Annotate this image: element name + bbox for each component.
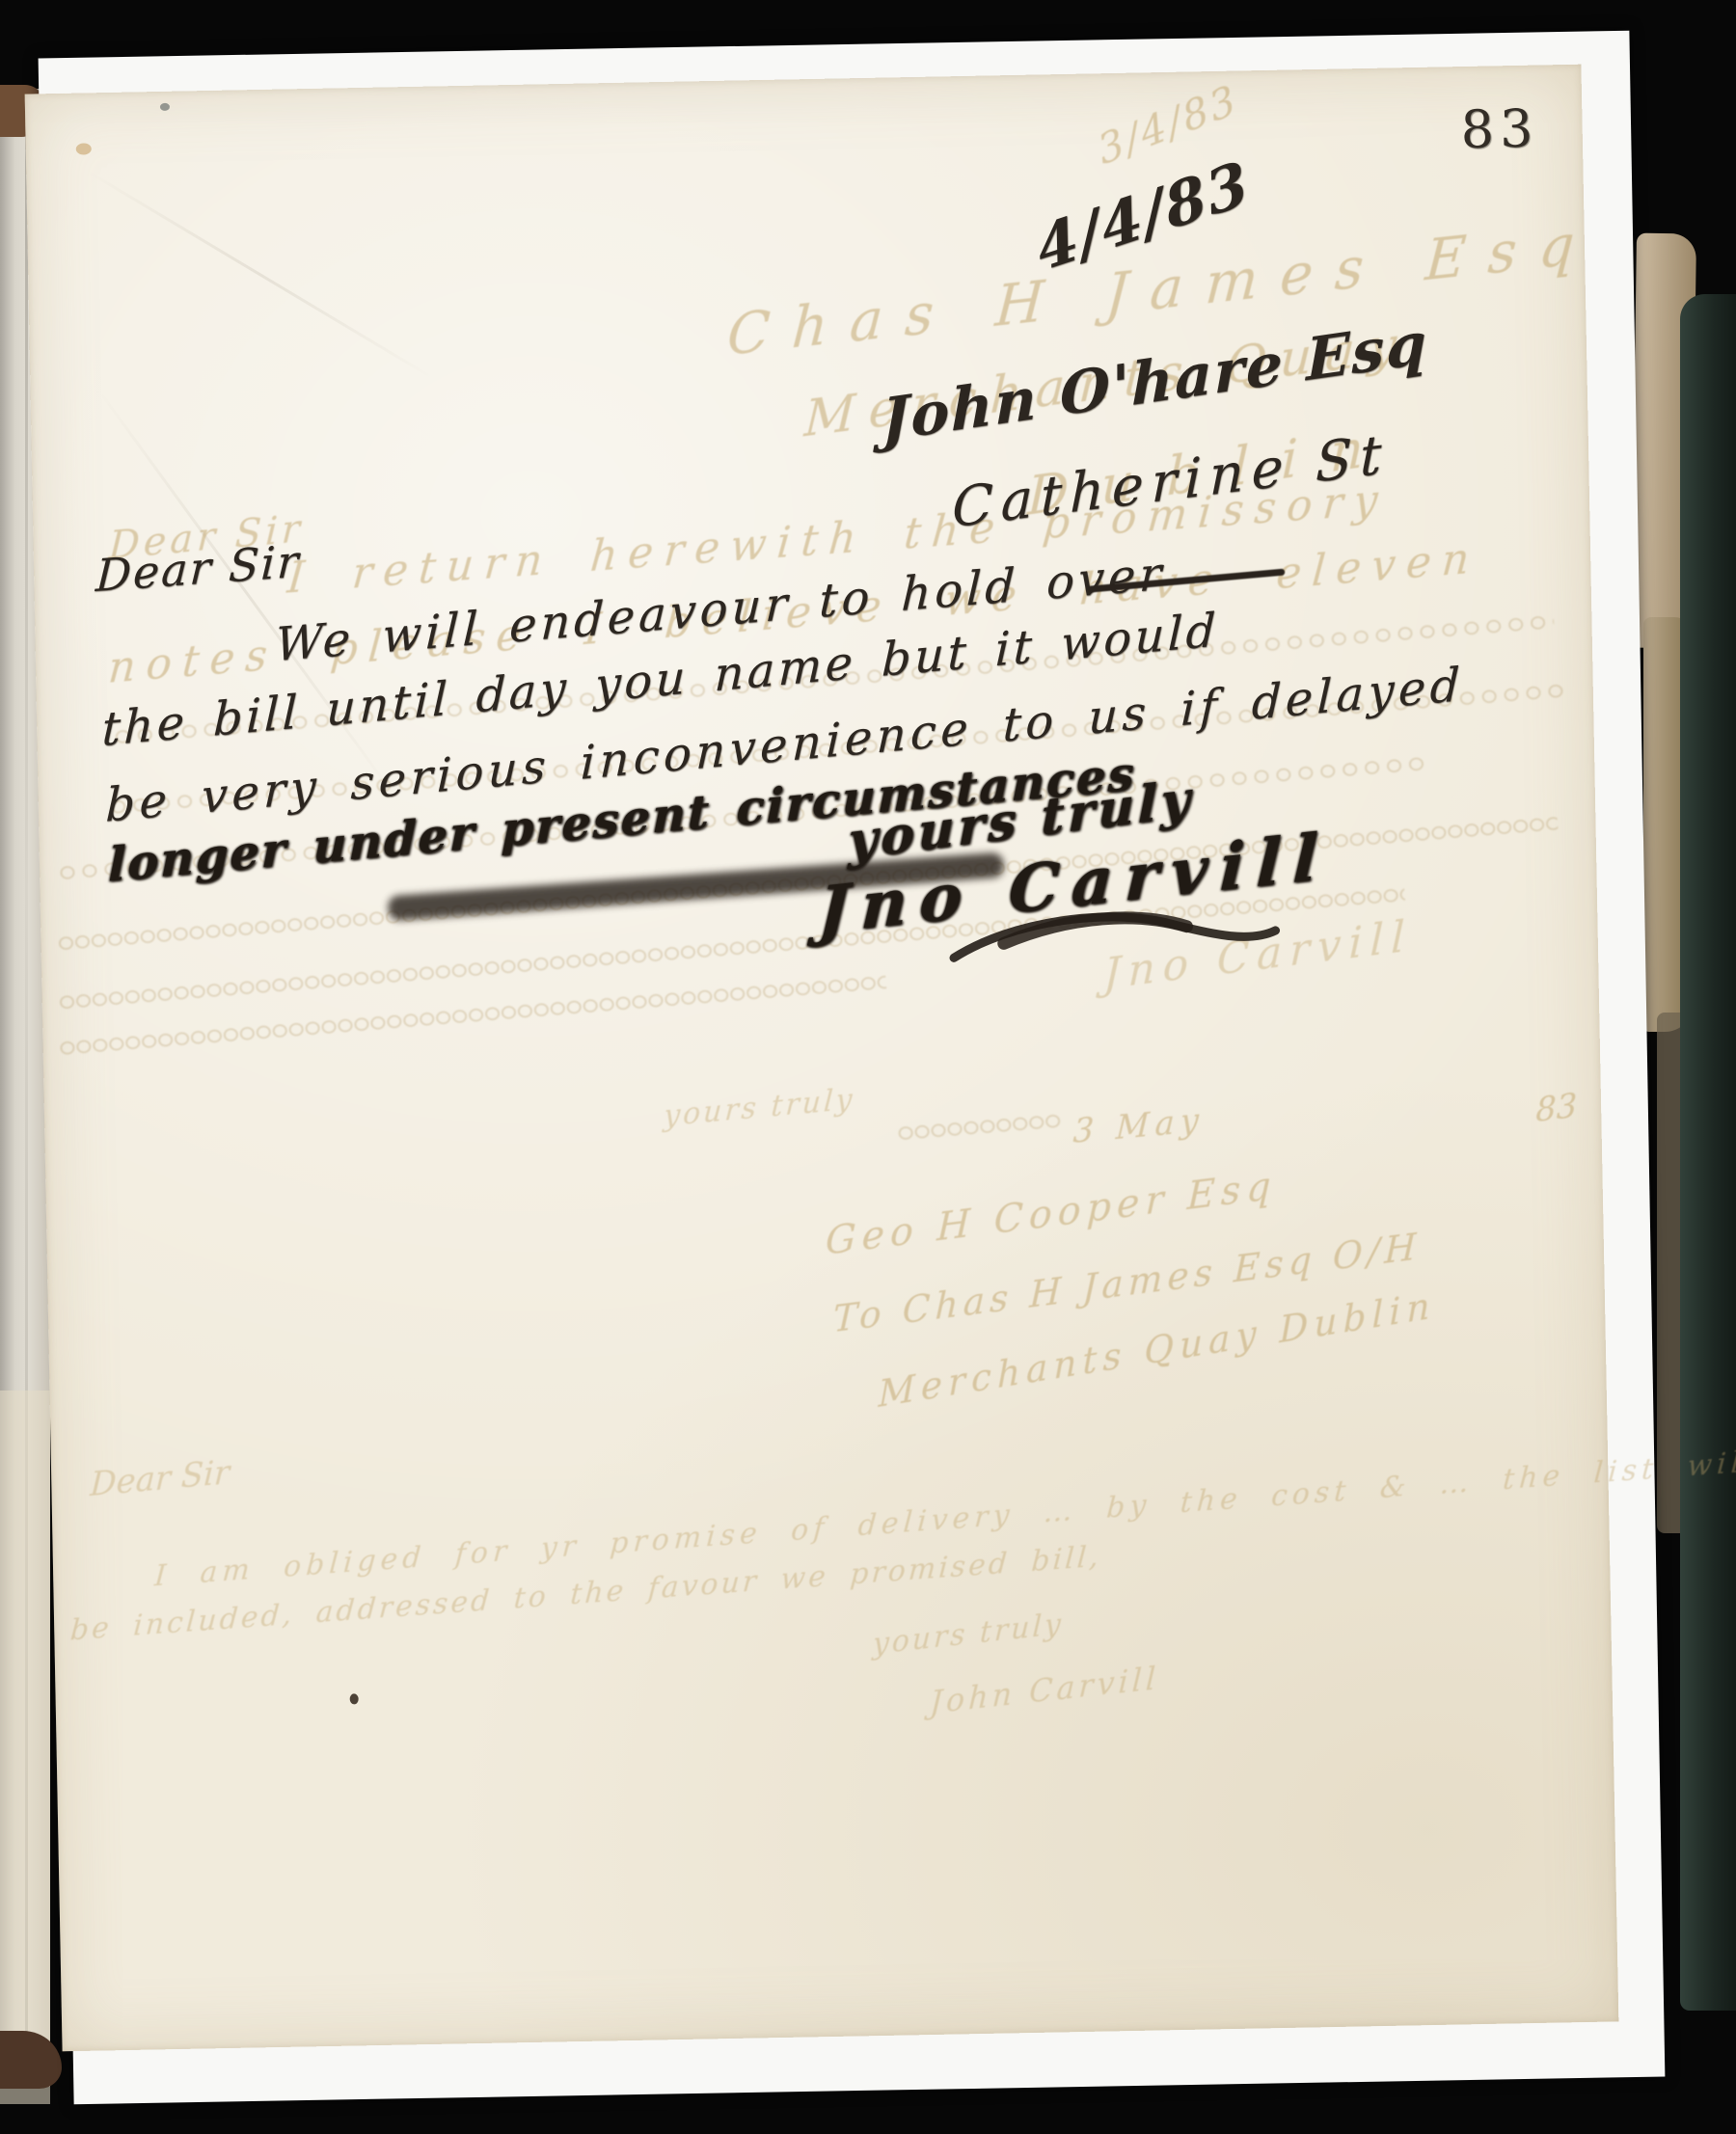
ghost-salutation: Dear Sir — [90, 1453, 231, 1504]
letterbook-scan: 83 3/4/83 Chas H James Esq Merchants Qua… — [0, 0, 1736, 2134]
book-cover-cloth — [1680, 294, 1736, 2011]
ghost-signature: John Carvill — [929, 1660, 1160, 1721]
paper-stain — [76, 143, 92, 154]
ghost-mid-name: Geo H Cooper Esq — [825, 1163, 1277, 1264]
ghost-valediction: yours truly — [663, 1082, 855, 1133]
folio-number: 83 — [1460, 98, 1539, 161]
letterbook-page: 83 3/4/83 Chas H James Esq Merchants Qua… — [25, 65, 1619, 2052]
paper-tan-wash — [0, 1391, 50, 2104]
signature-flourish — [945, 902, 1284, 976]
ghost-mid-date: 3 May — [1072, 1100, 1206, 1150]
spine-leather-bottom — [0, 2031, 62, 2089]
ghost-mid-year: 83 — [1535, 1087, 1578, 1131]
paper-crease — [85, 169, 434, 379]
paper-stain — [160, 103, 170, 111]
ghost-valediction: yours truly — [872, 1607, 1065, 1661]
ink-speck — [350, 1693, 359, 1704]
ghost-illegible-line — [897, 1113, 1062, 1142]
